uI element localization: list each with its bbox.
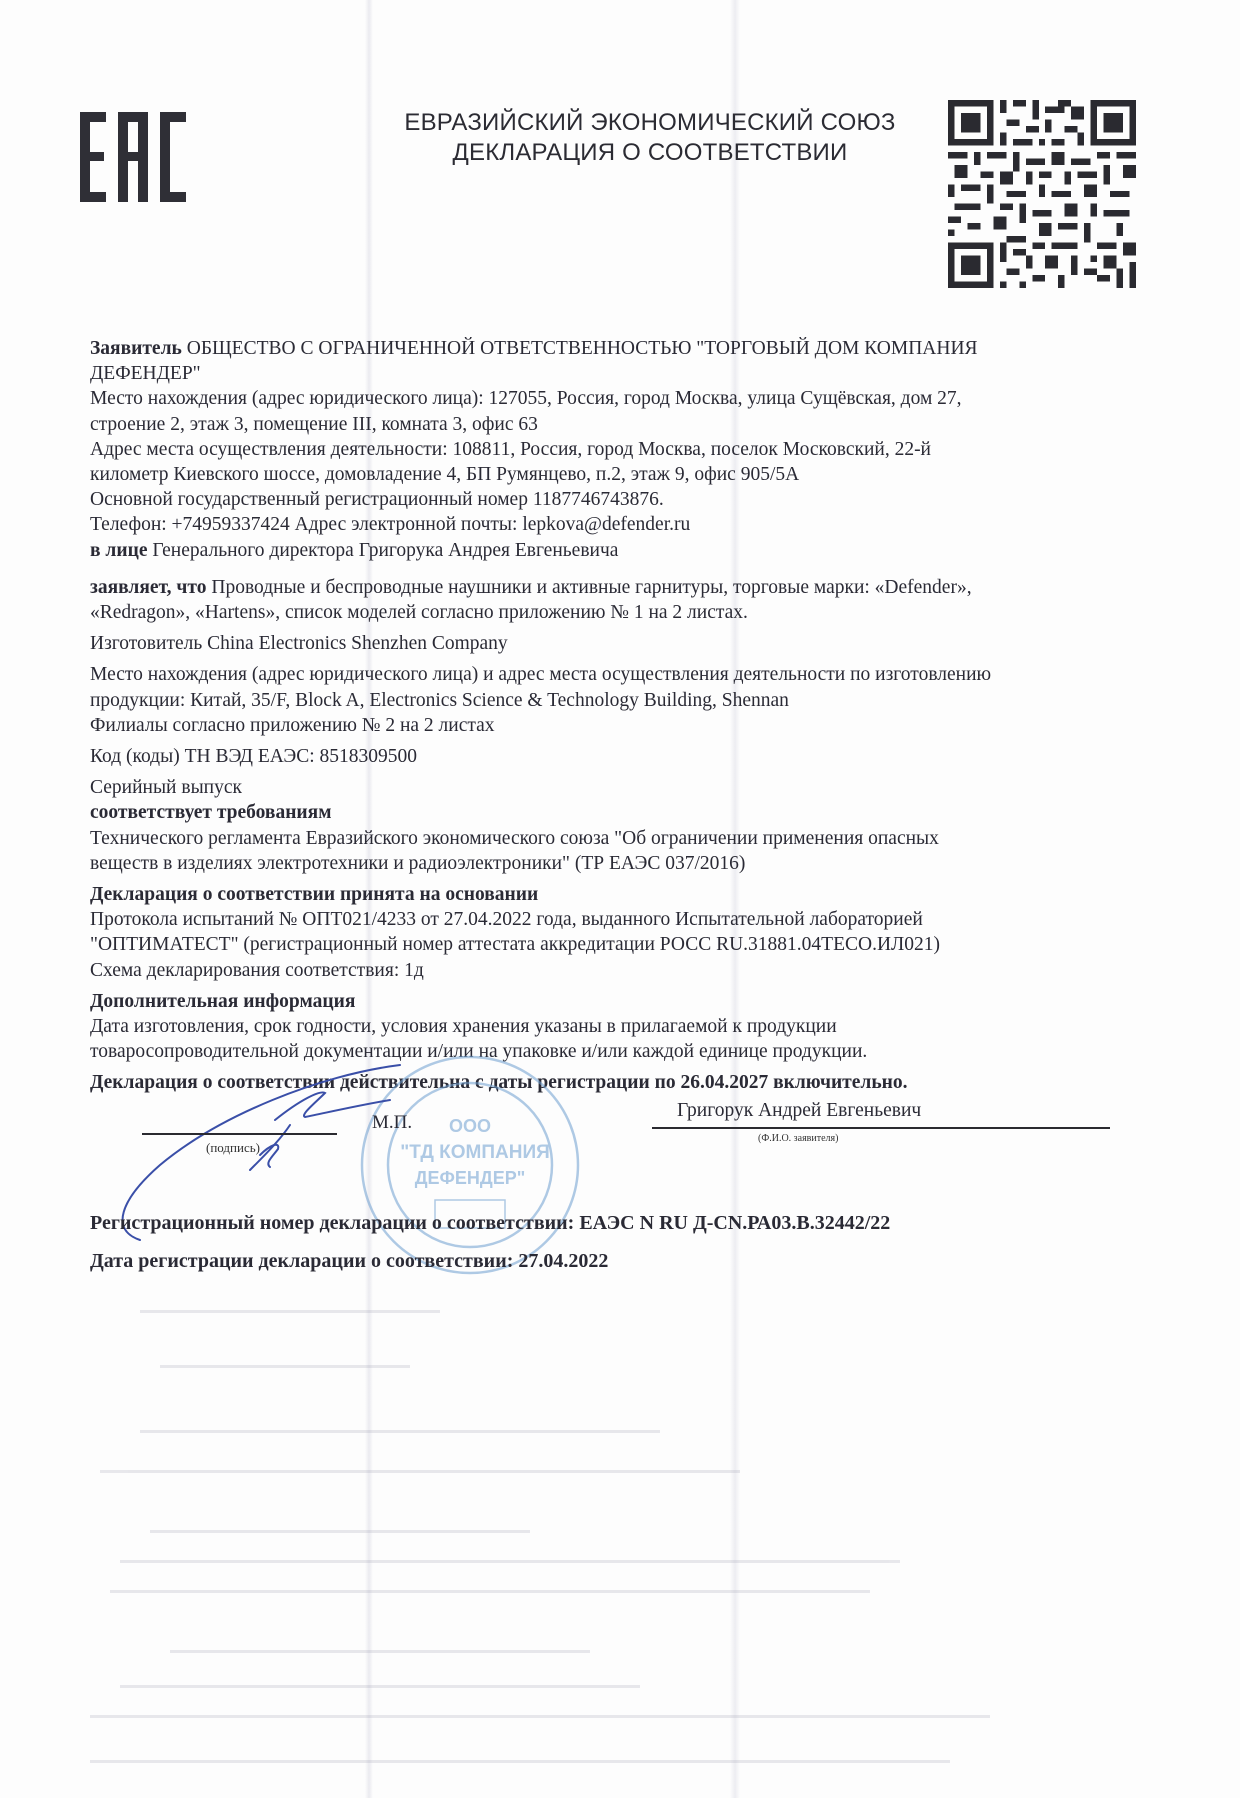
representative-name: Генерального директора Григорука Андрея …: [152, 540, 618, 561]
applicant-name: ОБЩЕСТВО С ОГРАНИЧЕННОЙ ОТВЕТСТВЕННОСТЬЮ…: [187, 338, 978, 359]
production-type: Серийный выпуск: [90, 775, 1150, 800]
activity-address-cont: километр Киевского шоссе, домовладение 4…: [90, 462, 1150, 487]
manufacturer: Изготовитель China Electronics Shenzhen …: [90, 631, 1150, 656]
document-header: ЕВРАЗИЙСКИЙ ЭКОНОМИЧЕСКИЙ СОЮЗ ДЕКЛАРАЦИ…: [380, 108, 920, 168]
svg-text:ДЕФЕНДЕР": ДЕФЕНДЕР": [415, 1168, 526, 1188]
product-description: Проводные и беспроводные наушники и акти…: [211, 577, 971, 598]
product-description-cont: «Redragon», «Hartens», список моделей со…: [90, 600, 1150, 625]
seal-label: М.П.: [372, 1112, 412, 1134]
declares-label: заявляет, что: [90, 577, 207, 598]
hs-code: Код (коды) ТН ВЭД ЕАЭС: 8518309500: [90, 744, 1150, 769]
applicant-name-cont: ДЕФЕНДЕР": [90, 361, 1150, 386]
svg-text:"ТД КОМПАНИЯ: "ТД КОМПАНИЯ: [400, 1142, 550, 1163]
declaration-scheme: Схема декларирования соответствия: 1д: [90, 958, 1150, 983]
signer-name: Григорук Андрей Евгеньевич: [677, 1100, 921, 1122]
legal-address: Место нахождения (адрес юридического лиц…: [90, 386, 1150, 411]
declaration-body: Заявитель ОБЩЕСТВО С ОГРАНИЧЕННОЙ ОТВЕТС…: [90, 336, 1150, 1064]
branches: Филиалы согласно приложению № 2 на 2 лис…: [90, 713, 1150, 738]
regulation: Технического регламента Евразийского эко…: [90, 826, 1150, 851]
complies-label: соответствует требованиям: [90, 800, 1150, 825]
reverse-side-bleed: [0, 1290, 1240, 1790]
contacts: Телефон: +74959337424 Адрес электронной …: [90, 512, 1150, 537]
manufacturer-address-cont: продукции: Китай, 35/F, Block A, Electro…: [90, 688, 1150, 713]
signature-line: [142, 1133, 337, 1135]
signer-name-line: [652, 1127, 1110, 1129]
union-title: ЕВРАЗИЙСКИЙ ЭКОНОМИЧЕСКИЙ СОЮЗ: [380, 108, 920, 138]
ogrn: Основной государственный регистрационный…: [90, 487, 1150, 512]
eac-logo-icon: [80, 112, 188, 202]
validity-statement: Декларация о соответствии действительна …: [90, 1072, 908, 1094]
additional-info: Дата изготовления, срок годности, услови…: [90, 1014, 1150, 1039]
svg-text:ООО: ООО: [449, 1116, 491, 1136]
additional-info-label: Дополнительная информация: [90, 989, 1150, 1014]
qr-code-icon: [948, 100, 1136, 288]
representative-line: в лице Генерального директора Григорука …: [90, 538, 1150, 563]
regulation-cont: веществ в изделиях электротехники и ради…: [90, 851, 1150, 876]
registration-date: Дата регистрации декларации о соответств…: [90, 1250, 608, 1273]
representative-label: в лице: [90, 540, 147, 561]
test-protocol-cont: "ОПТИМАТЕСТ" (регистрационный номер атте…: [90, 932, 1150, 957]
registration-number: Регистрационный номер декларации о соотв…: [90, 1212, 890, 1235]
additional-info-cont: товаросопроводительной документации и/ил…: [90, 1039, 1150, 1064]
signer-caption: (Ф.И.О. заявителя): [758, 1133, 838, 1144]
document-title: ДЕКЛАРАЦИЯ О СООТВЕТСТВИИ: [380, 138, 920, 168]
signature-caption: (подпись): [206, 1140, 260, 1156]
legal-address-cont: строение 2, этаж 3, помещение III, комна…: [90, 412, 1150, 437]
manufacturer-address: Место нахождения (адрес юридического лиц…: [90, 662, 1150, 687]
applicant-line: Заявитель ОБЩЕСТВО С ОГРАНИЧЕННОЙ ОТВЕТС…: [90, 336, 1150, 361]
declares-line: заявляет, что Проводные и беспроводные н…: [90, 575, 1150, 600]
applicant-label: Заявитель: [90, 338, 182, 359]
activity-address: Адрес места осуществления деятельности: …: [90, 437, 1150, 462]
test-protocol: Протокола испытаний № ОПТ021/4233 от 27.…: [90, 907, 1150, 932]
basis-label: Декларация о соответствии принята на осн…: [90, 882, 1150, 907]
